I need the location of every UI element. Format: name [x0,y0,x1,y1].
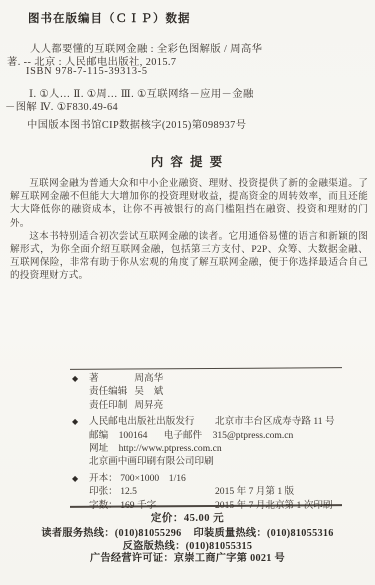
sheets-value: 12.5 [120,486,137,497]
print-supervisor-row: 责任印制 周昇亮 [72,399,362,412]
website-label: 网址 [89,443,108,454]
print-supervisor-name: 周昇亮 [134,400,163,411]
publisher-row: ◆ 人民邮电出版社出版发行 北京市丰台区成寿寺路 11 号 [72,415,362,428]
words-label: 字数： [89,500,118,511]
sheets-label: 印张： [89,486,118,497]
website-value: http://www.ptpress.com.cn [119,443,222,454]
cip-heading: 图书在版编目（ＣＩＰ）数据 [28,10,191,26]
printer-name: 北京画中画印刷有限公司印刷 [89,456,214,467]
author-name: 周高华 [134,373,163,384]
print-supervisor-label: 责任印制 [89,399,132,412]
format-label: 开本： [89,473,118,484]
postcode-value: 100164 [119,430,148,441]
editor-label: 责任编辑 [89,385,132,398]
publisher-address: 北京市丰台区成寿寺路 11 号 [215,415,335,428]
abstract-paragraph-1: 互联网金融为普通大众和中小企业融资、理财、投资提供了新的金融渠道。了解互联网金融… [10,177,368,230]
edition-value: 2015 年 7 月第 1 版 [215,485,294,498]
printer-row: 北京画中画印刷有限公司印刷 [72,455,362,468]
cip-record-number: 中国版本图书馆CIP数据核字(2015)第098937号 [27,116,246,131]
abstract-title: 内 容 提 要 [0,152,375,170]
format-value: 700×1000 1/16 [120,473,186,484]
book-copyright-page: 图书在版编目（ＣＩＰ）数据 人人都要懂的互联网金融 : 全彩色图解版 / 周高华… [0,0,375,585]
price-line: 定价：45.00 元 [0,510,375,525]
abstract-body: 互联网金融为普通大众和中小企业融资、理财、投资提供了新的金融渠道。了解互联网金融… [10,177,368,283]
editor-name: 吴 斌 [134,386,163,397]
postcode-label: 邮编 [89,430,108,441]
words-value: 169 千字 [120,500,156,511]
author-row: ◆ 著 周高华 [72,372,362,385]
editor-row: 责任编辑 吴 斌 [72,385,362,398]
sheets-edition-row: 印张： 12.5 2015 年 7 月第 1 版 [72,485,362,498]
isbn-number: ISBN 978-7-115-39313-5 [26,66,148,77]
diamond-bullet-icon: ◆ [72,472,78,485]
publisher-name: 人民邮电出版社出版发行 [89,416,195,427]
cip-classification-line2: －图解 Ⅳ. ①F830.49-64 [5,98,118,113]
website-row: 网址 http://www.ptpress.com.cn [72,442,362,455]
abstract-paragraph-2: 这本书特别适合初次尝试互联网金融的读者。它用通俗易懂的语言和新颖的图解形式，为你… [10,230,368,283]
email-label: 电子邮件 [164,430,202,441]
format-row: ◆ 开本： 700×1000 1/16 [72,472,362,485]
ad-license-label: 广告经营许可证： [90,553,174,564]
diamond-bullet-icon: ◆ [72,372,78,385]
postcode-email-row: 邮编 100164 电子邮件 315@ptpress.com.cn [72,429,362,442]
diamond-bullet-icon: ◆ [72,415,78,428]
author-label: 著 [89,372,132,385]
colophon-block: ◆ 著 周高华 责任编辑 吴 斌 责任印制 周昇亮 ◆ 人民邮电出版社出版发行 … [72,372,362,512]
ad-license-number: 京崇工商广字第 0021 号 [174,553,285,564]
top-divider-rule [70,367,342,370]
ad-license-row: 广告经营许可证：京崇工商广字第 0021 号 [0,549,375,564]
email-value: 315@ptpress.com.cn [213,430,294,441]
